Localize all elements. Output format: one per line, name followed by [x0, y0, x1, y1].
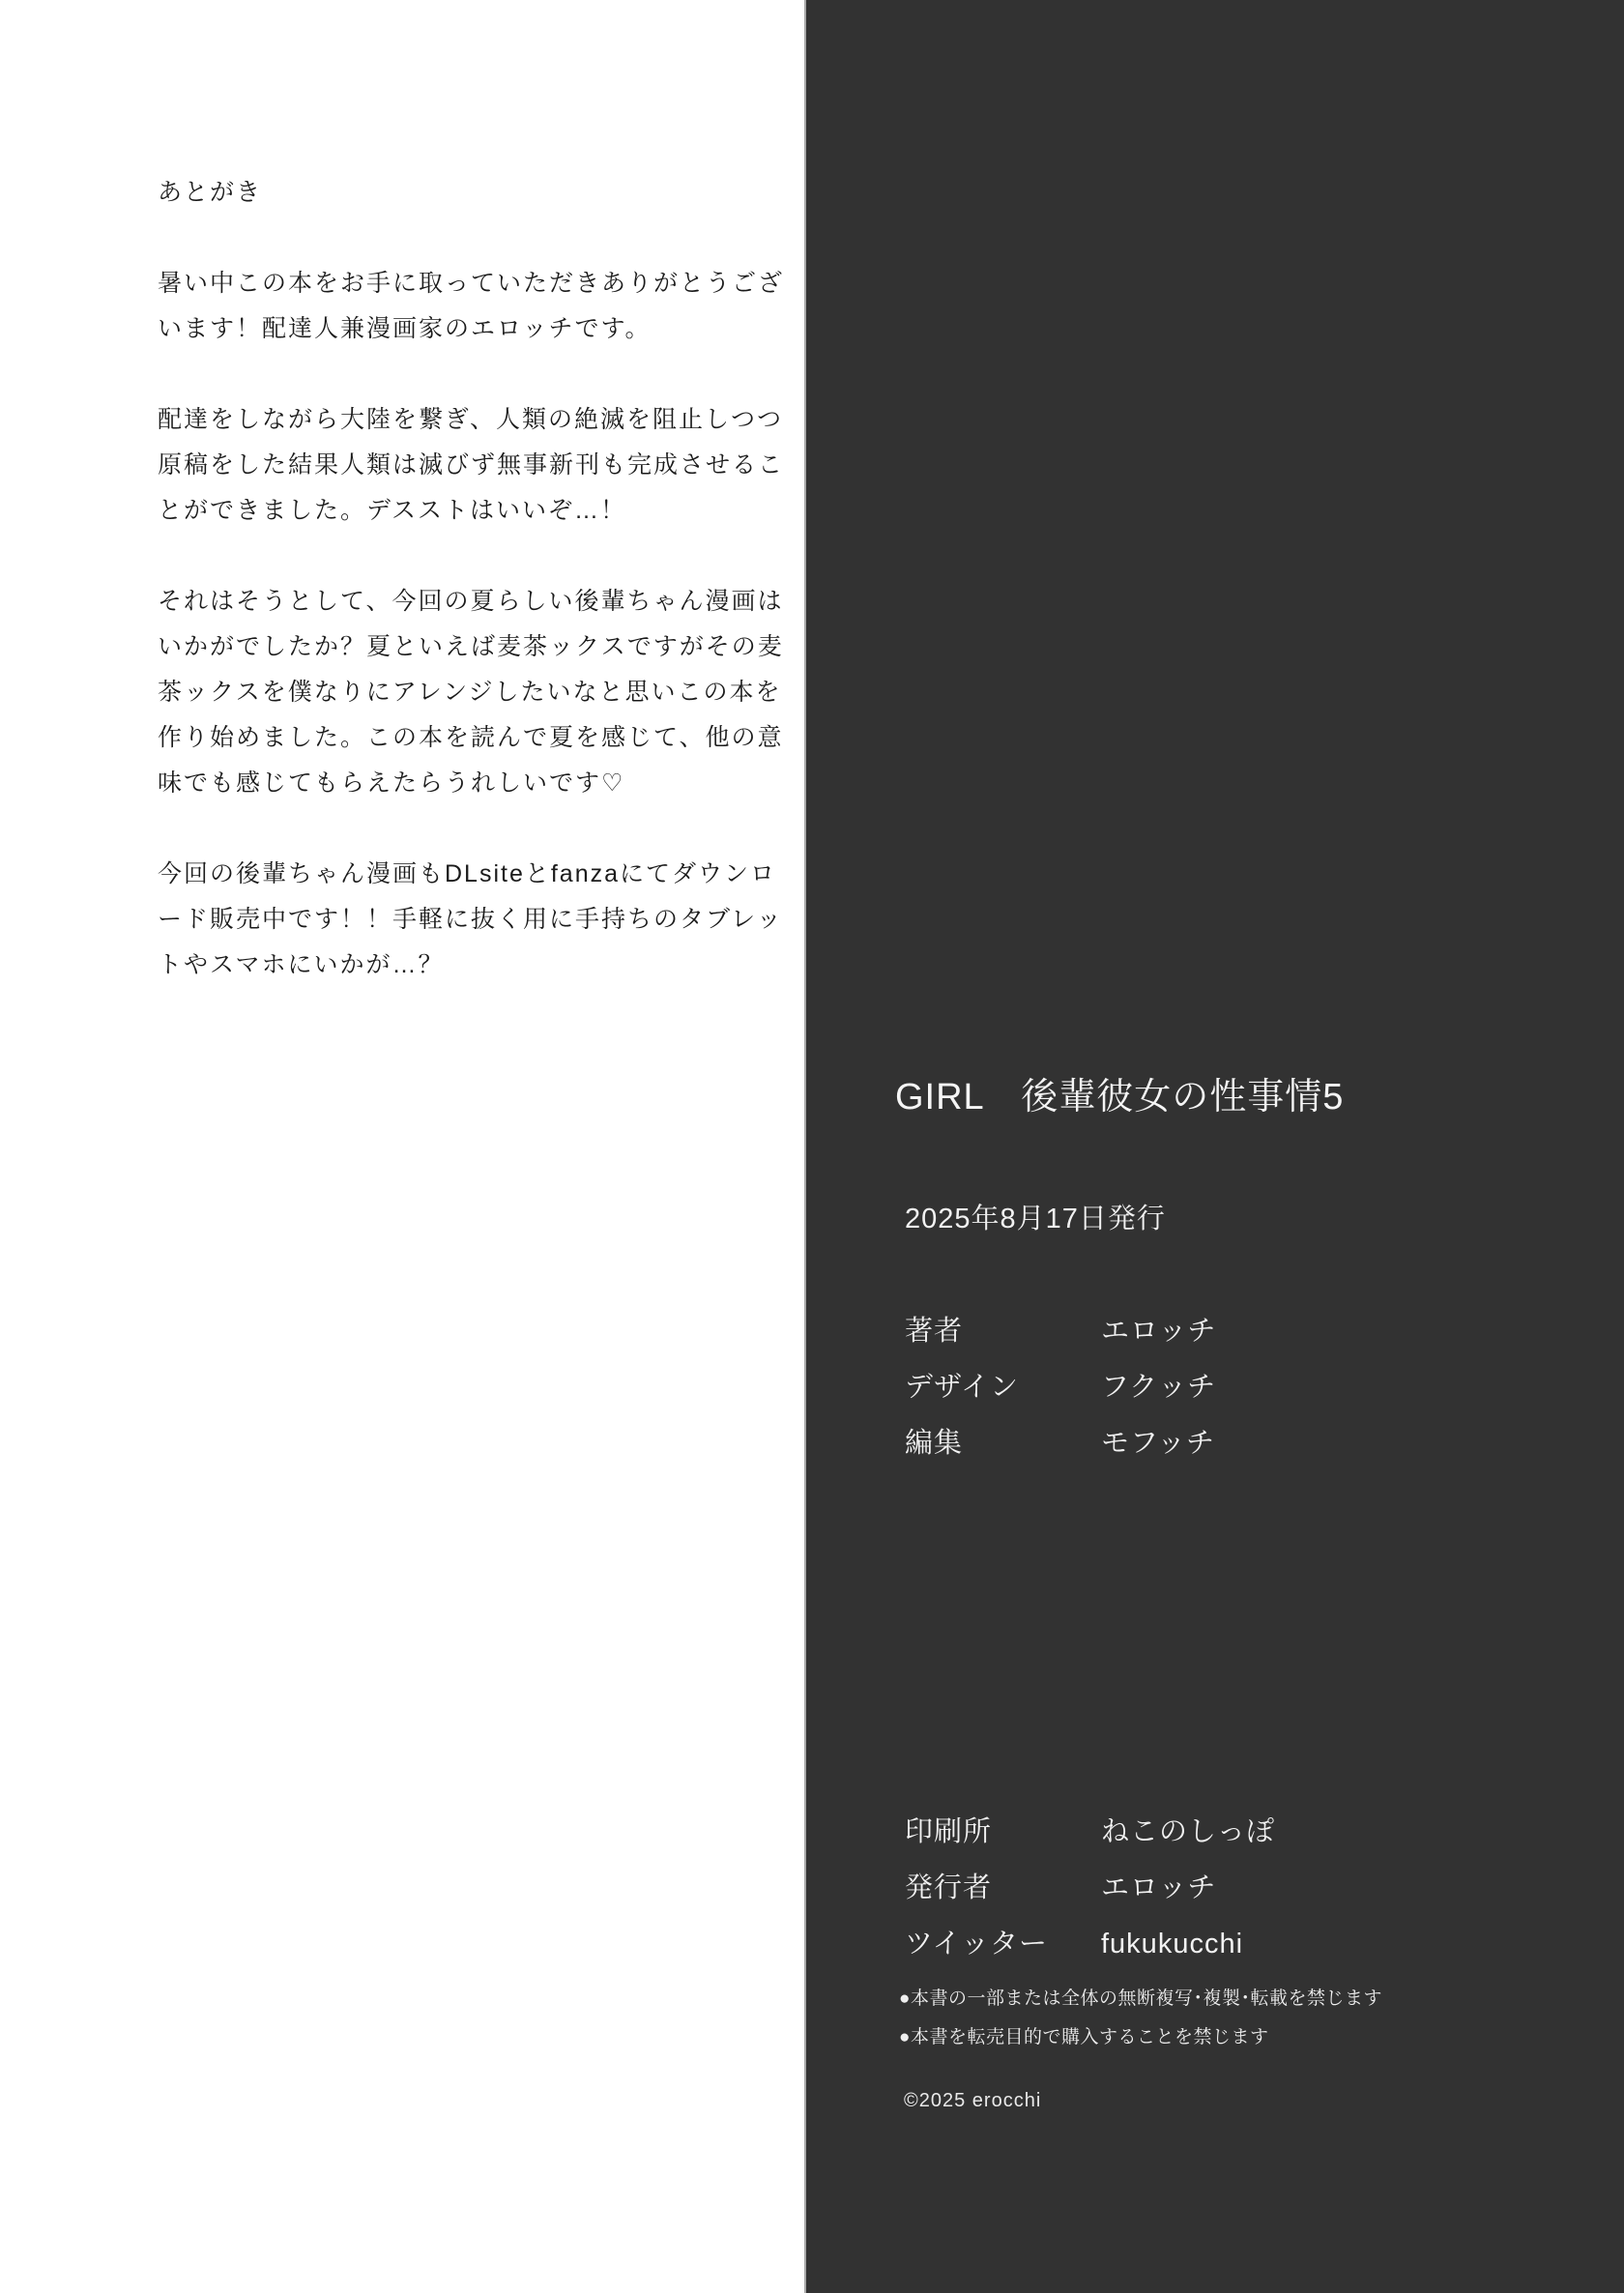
colophon-page: あとがき 暑い中この本をお手に取っていただきありがとうござ います！配達人兼漫画…: [0, 0, 1624, 2293]
book-title: GIRL 後輩彼女の性事情5: [895, 1066, 1344, 1119]
credit-row-author: 著者 エロッチ: [905, 1317, 1216, 1346]
publishing-label: 発行者: [905, 1873, 1101, 1902]
colophon-panel: GIRL 後輩彼女の性事情5 2025年8月17日発行 著者 エロッチ デザイン…: [804, 0, 1624, 2293]
afterword-paragraph-4: 今回の後輩ちゃん漫画もDLsiteとfanzaにてダウンロ ード販売中です！！手…: [158, 852, 796, 988]
afterword-paragraph-3: それはそうとして、今回の夏らしい後輩ちゃん漫画は いかがでしたか？夏といえば麦茶…: [158, 579, 796, 806]
credit-label: デザイン: [905, 1373, 1101, 1402]
afterword-paragraph-1: 暑い中この本をお手に取っていただきありがとうござ います！配達人兼漫画家のエロッ…: [158, 261, 796, 352]
publication-date: 2025年8月17日発行: [905, 1197, 1166, 1236]
publishing-value: fukukucchi: [1101, 1930, 1243, 1959]
publishing-label: ツイッター: [905, 1930, 1101, 1959]
credit-label: 著者: [905, 1317, 1101, 1346]
credit-rows: 著者 エロッチ デザイン フクッチ 編集 モフッチ: [905, 1317, 1216, 1485]
afterword-paragraph-2: 配達をしながら大陸を繋ぎ、人類の絶滅を阻止しつつ 原稿をした結果人類は滅びず無事…: [158, 397, 796, 534]
credit-value: フクッチ: [1101, 1373, 1216, 1402]
credit-label: 編集: [905, 1429, 1101, 1458]
credit-row-editor: 編集 モフッチ: [905, 1429, 1216, 1458]
credit-row-design: デザイン フクッチ: [905, 1373, 1216, 1402]
publishing-row-printer: 印刷所 ねこのしっぽ: [905, 1817, 1275, 1846]
credit-value: エロッチ: [1101, 1317, 1216, 1346]
copyright-line: ©2025 erocchi: [904, 2090, 1041, 2112]
publishing-label: 印刷所: [905, 1817, 1101, 1846]
publishing-rows: 印刷所 ねこのしっぽ 発行者 エロッチ ツイッター fukukucchi: [905, 1817, 1275, 1986]
notice-no-reproduction: ●本書の一部または全体の無断複写･複製･転載を禁じます: [899, 1980, 1382, 2018]
publishing-value: エロッチ: [1101, 1873, 1216, 1902]
publishing-row-publisher: 発行者 エロッチ: [905, 1873, 1275, 1902]
afterword-page: あとがき 暑い中この本をお手に取っていただきありがとうござ います！配達人兼漫画…: [0, 0, 804, 2293]
legal-notices: ●本書の一部または全体の無断複写･複製･転載を禁じます ●本書を転売目的で購入す…: [899, 1980, 1382, 2057]
credit-value: モフッチ: [1101, 1429, 1215, 1458]
afterword-heading: あとがき: [158, 170, 796, 216]
notice-no-resale: ●本書を転売目的で購入することを禁じます: [899, 2018, 1382, 2057]
publishing-row-twitter: ツイッター fukukucchi: [905, 1930, 1275, 1959]
afterword-block: あとがき 暑い中この本をお手に取っていただきありがとうござ います！配達人兼漫画…: [158, 170, 796, 1033]
publishing-value: ねこのしっぽ: [1101, 1817, 1275, 1846]
